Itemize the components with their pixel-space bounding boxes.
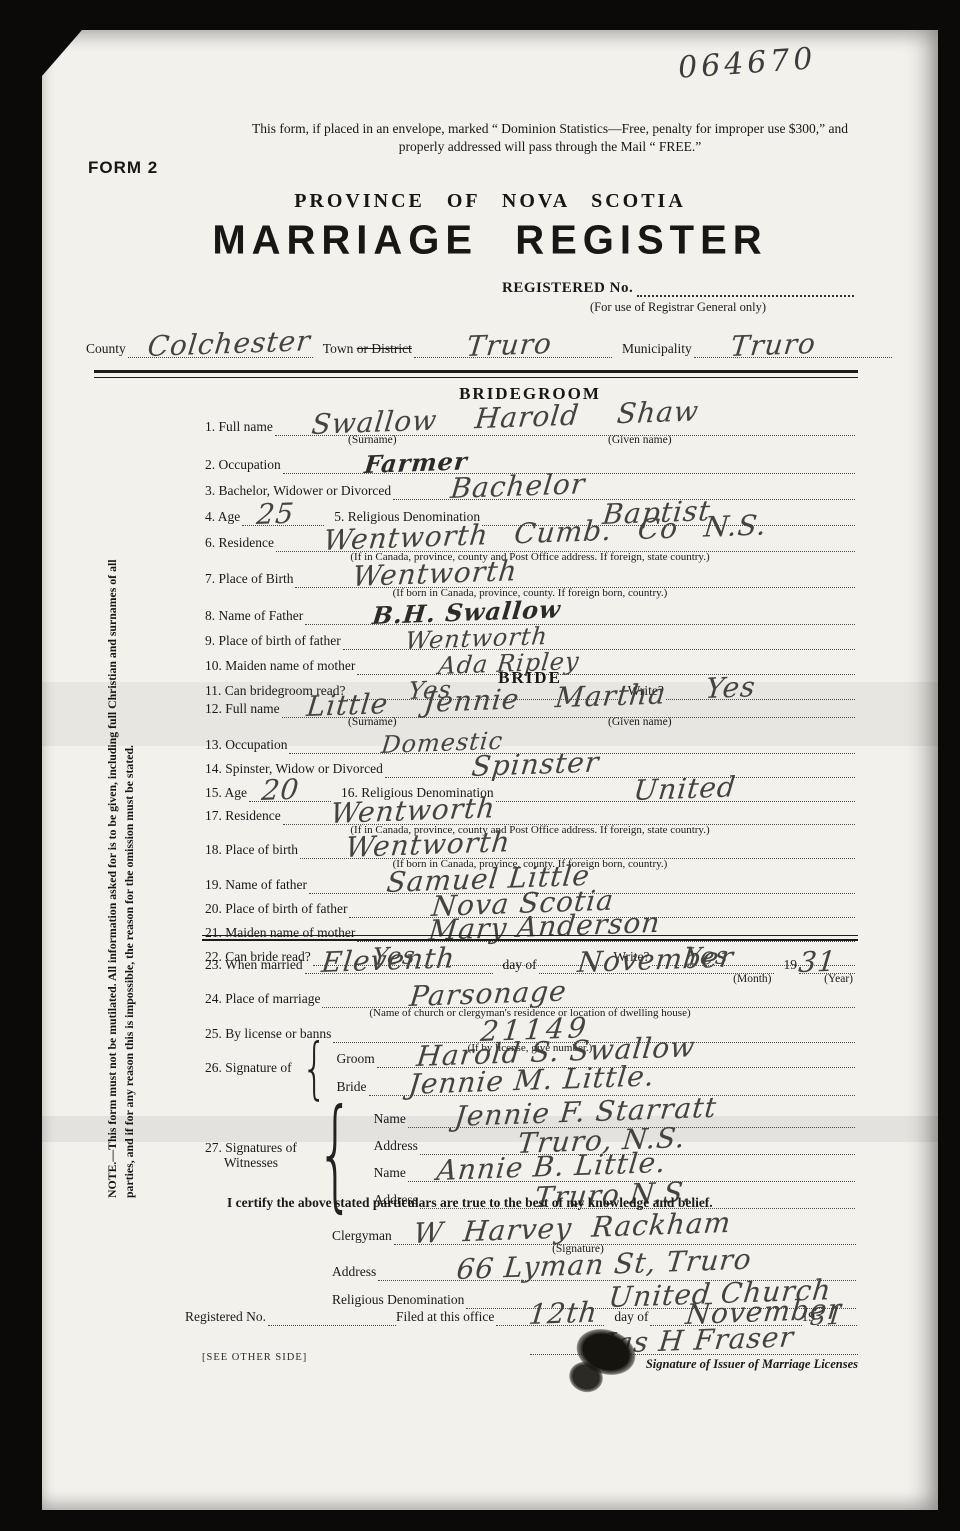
- field-label: 1. Full name: [205, 419, 275, 436]
- field-label: 17. Residence: [205, 808, 283, 825]
- handwritten-value: Wentworth: [329, 791, 497, 830]
- handwritten-value: November: [576, 940, 736, 979]
- location-row: County Colchester Town or District Truro…: [86, 328, 892, 358]
- name-label: Name: [374, 1165, 408, 1182]
- signature-of-label: 26. Signature of: [205, 1060, 292, 1076]
- dotted-line: November (Month): [539, 945, 774, 974]
- surname-sublabel: (Surname): [348, 716, 397, 728]
- issuer-signature-line: Jas H Fraser: [530, 1322, 858, 1355]
- dotted-line: Parsonage: [322, 985, 855, 1008]
- scanned-document-background: { "scan": { "serial": "064670" }, "heade…: [0, 0, 960, 1531]
- field-label: 12. Full name: [205, 701, 282, 718]
- field-row-birthplace: 7. Place of Birth Wentworth: [205, 564, 855, 588]
- town-value: Truro: [465, 327, 554, 363]
- field-label: 23. When married: [205, 957, 305, 974]
- field-label: 13. Occupation: [205, 737, 289, 754]
- handwritten-value: Wentworth: [351, 554, 519, 593]
- field-row-status: 14. Spinster, Widow or Divorced Spinster: [205, 754, 855, 778]
- county-line: Colchester: [128, 327, 313, 358]
- registrar-general-note: (For use of Registrar General only): [502, 300, 854, 315]
- field-label: 24. Place of marriage: [205, 991, 322, 1008]
- form-number: FORM 2: [88, 158, 158, 178]
- handwritten-value: Wentworth: [344, 825, 512, 864]
- couple-signature-rows: Groom Harold S. Swallow Bride Jennie M. …: [337, 1040, 855, 1096]
- address-label: Address: [332, 1264, 378, 1281]
- section-divider-rule: [94, 370, 858, 378]
- mailing-notice-line2: properly addressed will pass through the…: [102, 138, 960, 156]
- field-row-full-name: 12. Full name Little Jennie Martha: [205, 692, 855, 718]
- town-line: Truro: [414, 327, 612, 358]
- given-name-sublabel: (Given name): [608, 434, 672, 446]
- witnesses-label: 27. Signatures of Witnesses: [205, 1140, 297, 1170]
- field-label: 19. Name of father: [205, 877, 309, 894]
- surname-sublabel: (Surname): [348, 434, 397, 446]
- field-label: 7. Place of Birth: [205, 571, 295, 588]
- county-label: County: [86, 341, 128, 358]
- field-label: 6. Residence: [205, 535, 276, 552]
- town-label-struck: or District: [357, 341, 412, 356]
- town-label-text: Town: [323, 341, 354, 356]
- register-form-page: 064670 This form, if placed in an envelo…: [42, 30, 938, 1510]
- registered-no-label: Registered No.: [185, 1309, 268, 1326]
- year-sublabel: (Year): [824, 973, 853, 985]
- see-other-side-note: [SEE OTHER SIDE]: [202, 1352, 307, 1363]
- mailing-notice: This form, if placed in an envelope, mar…: [102, 120, 960, 156]
- month-sublabel: (Month): [733, 973, 771, 985]
- handwritten-value: Parsonage: [408, 974, 568, 1013]
- municipality-value: Truro: [729, 327, 818, 363]
- dotted-line: Wentworth Cumb. Co N.S.: [276, 525, 855, 552]
- dotted-line: 20: [249, 777, 331, 802]
- groom-label: Groom: [337, 1051, 377, 1068]
- marriage-section-rule: [202, 935, 858, 941]
- field-label: 4. Age: [205, 509, 242, 526]
- field-row-residence: 17. Residence Wentworth: [205, 802, 855, 825]
- name-label: Name: [374, 1111, 408, 1128]
- dotted-line: B.H. Swallow: [305, 599, 855, 625]
- municipality-line: Truro: [694, 327, 892, 358]
- witness-signature-rows: Name Jennie F. Starratt Address Truro, N…: [374, 1101, 855, 1209]
- side-note-vertical: NOTE.—This form must not be mutilated. A…: [104, 558, 148, 1198]
- field-label: 2. Occupation: [205, 457, 283, 474]
- dotted-line: W Harvey Rackham: [394, 1217, 856, 1245]
- field-row-place-of-marriage: 24. Place of marriage Parsonage: [205, 986, 855, 1008]
- filed-label: Filed at this office: [396, 1309, 496, 1326]
- dotted-line: United: [496, 777, 855, 802]
- bridegroom-fields: 1. Full name Swallow Harold Shaw (Surnam…: [205, 410, 855, 700]
- dotted-line: Swallow Harold Shaw: [275, 409, 855, 436]
- field-row-birthplace: 18. Place of birth Wentworth: [205, 837, 855, 859]
- given-name-sublabel: (Given name): [608, 716, 672, 728]
- dotted-line: Wentworth: [295, 563, 855, 588]
- field-label: 18. Place of birth: [205, 842, 300, 859]
- witnesses-label-line2: Witnesses: [205, 1155, 297, 1170]
- address-label: Address: [374, 1138, 420, 1155]
- field-row-when-married: 23. When married Eleventh day of Novembe…: [205, 946, 855, 974]
- mailing-notice-line1: This form, if placed in an envelope, mar…: [102, 120, 960, 138]
- witnesses-label-line1: 27. Signatures of: [205, 1140, 297, 1155]
- county-value: Colchester: [146, 324, 312, 363]
- field-label: 20. Place of birth of father: [205, 901, 349, 918]
- field-label: 3. Bachelor, Widower or Divorced: [205, 483, 393, 500]
- town-label: Town or District: [313, 341, 414, 358]
- dotted-line: Eleventh: [305, 945, 493, 974]
- year-prefix: 19: [774, 957, 800, 974]
- field-row-father: 8. Name of Father B.H. Swallow: [205, 600, 855, 625]
- field-row-status: 3. Bachelor, Widower or Divorced Bachelo…: [205, 474, 855, 500]
- clergyman-row: Clergyman W Harvey Rackham: [332, 1218, 856, 1245]
- bride-fields: 12. Full name Little Jennie Martha (Surn…: [205, 692, 855, 966]
- dotted-line: 25: [242, 499, 324, 526]
- dotted-line: [268, 1297, 396, 1326]
- field-label: 9. Place of birth of father: [205, 633, 343, 650]
- handwritten-serial-number: 064670: [677, 41, 818, 86]
- day-of-label: day of: [493, 957, 539, 974]
- issuer-signature-block: Jas H Fraser Signature of Issuer of Marr…: [530, 1322, 858, 1372]
- field-row-age-religion: 15. Age 20 16. Religious Denomination Un…: [205, 778, 855, 802]
- field-label: 8. Name of Father: [205, 608, 305, 625]
- field-row-residence: 6. Residence Wentworth Cumb. Co N.S.: [205, 526, 855, 552]
- dotted-line: Wentworth: [343, 624, 855, 650]
- province-title: PROVINCE OF NOVA SCOTIA: [42, 190, 938, 213]
- registered-no-block: REGISTERED No. (For use of Registrar Gen…: [502, 280, 854, 315]
- dotted-line: 31 (Year): [799, 945, 855, 974]
- field-row-full-name: 1. Full name Swallow Harold Shaw: [205, 410, 855, 436]
- field-label: 15. Age: [205, 785, 249, 802]
- main-title: MARRIAGE REGISTER: [42, 218, 938, 264]
- dotted-line: Spinster: [385, 753, 855, 778]
- municipality-label: Municipality: [612, 341, 694, 358]
- registered-no-label: REGISTERED No.: [502, 280, 633, 297]
- handwritten-value: Eleventh: [320, 941, 457, 979]
- dotted-line: Wentworth: [300, 836, 855, 859]
- clergyman-label: Clergyman: [332, 1228, 394, 1245]
- dotted-line: Little Jennie Martha: [282, 691, 855, 718]
- field-row-father-birthplace: 9. Place of birth of father Wentworth: [205, 625, 855, 650]
- dotted-line: Wentworth: [283, 801, 855, 825]
- registered-no-line: [637, 281, 854, 297]
- dotted-line: Bachelor: [393, 473, 855, 500]
